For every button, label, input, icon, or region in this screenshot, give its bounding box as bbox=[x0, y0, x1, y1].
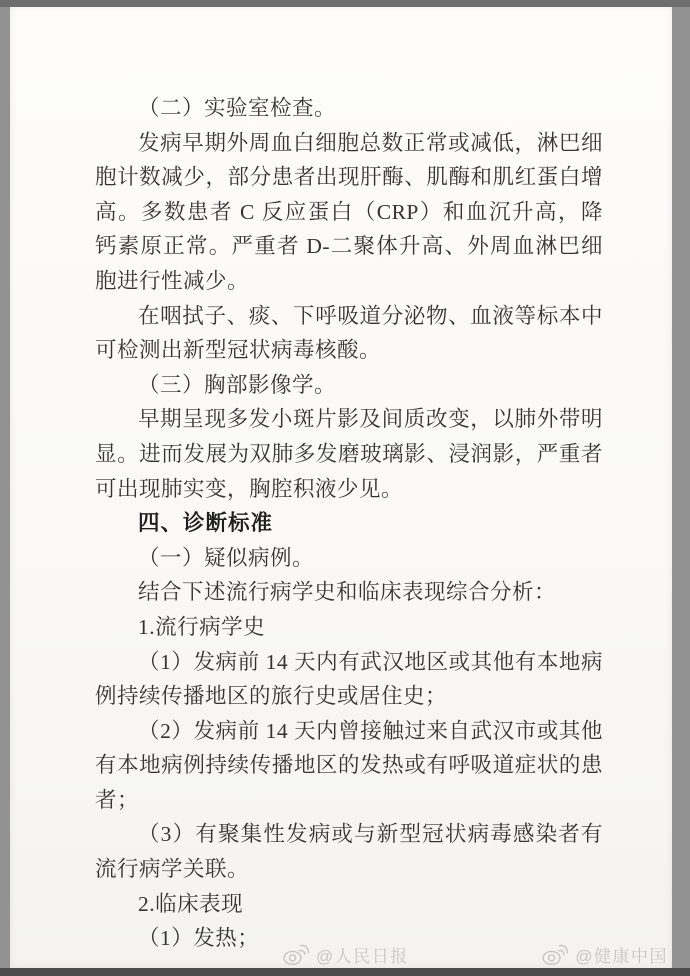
photo-border-bottom bbox=[0, 968, 690, 976]
photo-border-top bbox=[0, 0, 690, 7]
document-paragraph: 在咽拭子、痰、下呼吸道分泌物、血液等标本中可检测出新型冠状病毒核酸。 bbox=[95, 299, 603, 368]
document-paragraph: （三）胸部影像学。 bbox=[95, 368, 603, 403]
watermark-healthy-china: @健康中国 bbox=[541, 941, 668, 968]
document-paragraph: （2）发病前 14 天内曾接触过来自武汉市或其他有本地病例持续传播地区的发热或有… bbox=[95, 714, 603, 818]
section-heading: 四、诊断标准 bbox=[95, 506, 603, 541]
watermark-handle: @人民日报 bbox=[316, 942, 409, 967]
document-paragraph: （一）疑似病例。 bbox=[95, 541, 603, 576]
document-paragraph: 1.流行病学史 bbox=[95, 610, 603, 645]
weibo-icon bbox=[282, 941, 309, 968]
watermark-handle: @健康中国 bbox=[575, 942, 668, 967]
document-content: （二）实验室检查。发病早期外周血白细胞总数正常或减低，淋巴细胞计数减少，部分患者… bbox=[95, 91, 603, 956]
document-page: （二）实验室检查。发病早期外周血白细胞总数正常或减低，淋巴细胞计数减少，部分患者… bbox=[10, 6, 672, 968]
document-paragraph: （二）实验室检查。 bbox=[95, 91, 603, 126]
document-paragraph: 结合下述流行病学史和临床表现综合分析： bbox=[95, 575, 603, 610]
document-paragraph: （1）发病前 14 天内有武汉地区或其他有本地病例持续传播地区的旅行史或居住史； bbox=[95, 645, 603, 714]
document-paragraph: 发病早期外周血白细胞总数正常或减低，淋巴细胞计数减少，部分患者出现肝酶、肌酶和肌… bbox=[95, 126, 603, 299]
document-paragraph: 2.临床表现 bbox=[95, 887, 603, 922]
document-paragraph: （3）有聚集性发病或与新型冠状病毒感染者有流行病学关联。 bbox=[95, 817, 603, 886]
weibo-icon bbox=[541, 941, 568, 968]
watermark-people-daily: @人民日报 bbox=[282, 941, 409, 968]
document-paragraph: 早期呈现多发小斑片影及间质改变，以肺外带明显。进而发展为双肺多发磨玻璃影、浸润影… bbox=[95, 402, 603, 506]
